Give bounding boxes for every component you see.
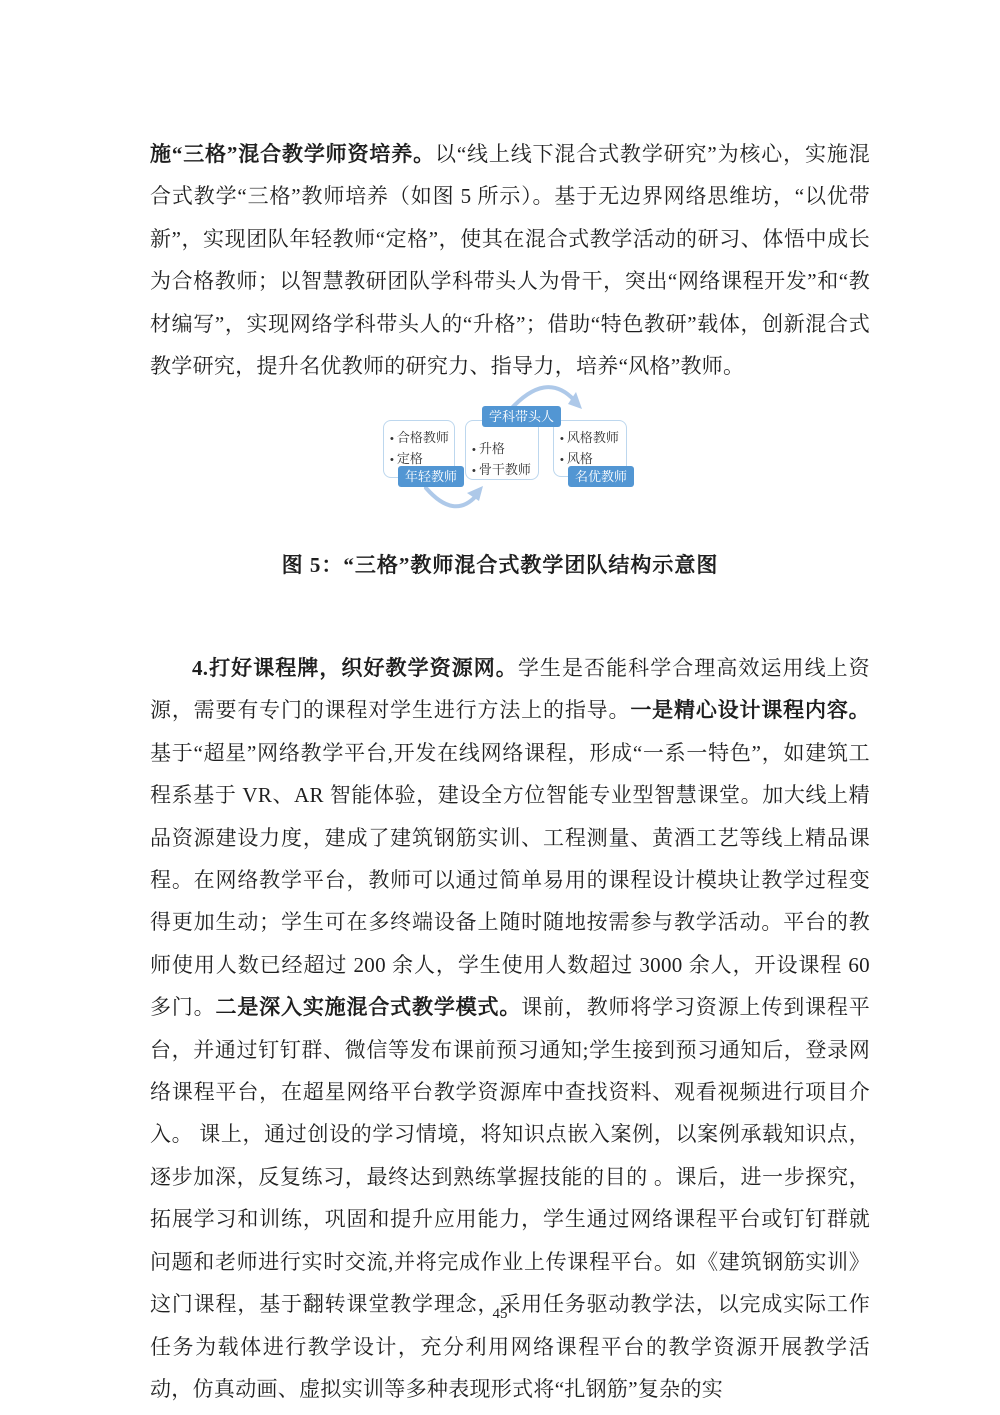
node-item: 风格教师 — [560, 428, 626, 449]
figure-caption: 图 5：“三格”教师混合式教学团队结构示意图 — [0, 549, 1000, 579]
node-item: 骨干教师 — [472, 460, 538, 481]
node-tag-subject-leader: 学科带头人 — [482, 406, 561, 427]
figure-5-diagram: 合格教师 定格 年轻教师 升格 骨干教师 学科带头人 风格教师 风格 名优教师 — [380, 378, 642, 520]
arrow-curve-bottom — [426, 488, 476, 506]
node-tag-young-teacher: 年轻教师 — [398, 466, 464, 487]
node-item: 升格 — [472, 439, 538, 460]
paragraph-curriculum-resources: 4.打好课程牌，织好教学资源网。学生是否能科学合理高效运用线上资源，需要有专门的… — [150, 647, 870, 1410]
node-item: 合格教师 — [390, 428, 454, 449]
document-page: 施“三格”混合教学师资培养。以“线上线下混合式教学研究”为核心，实施混合式教学“… — [0, 0, 1000, 1415]
paragraph-teacher-training: 施“三格”混合教学师资培养。以“线上线下混合式教学研究”为核心，实施混合式教学“… — [150, 133, 870, 387]
node-tag-famous-teacher: 名优教师 — [568, 466, 634, 487]
node-box-subject-leader: 升格 骨干教师 — [465, 420, 539, 480]
page-number: 45 — [0, 1306, 1000, 1323]
